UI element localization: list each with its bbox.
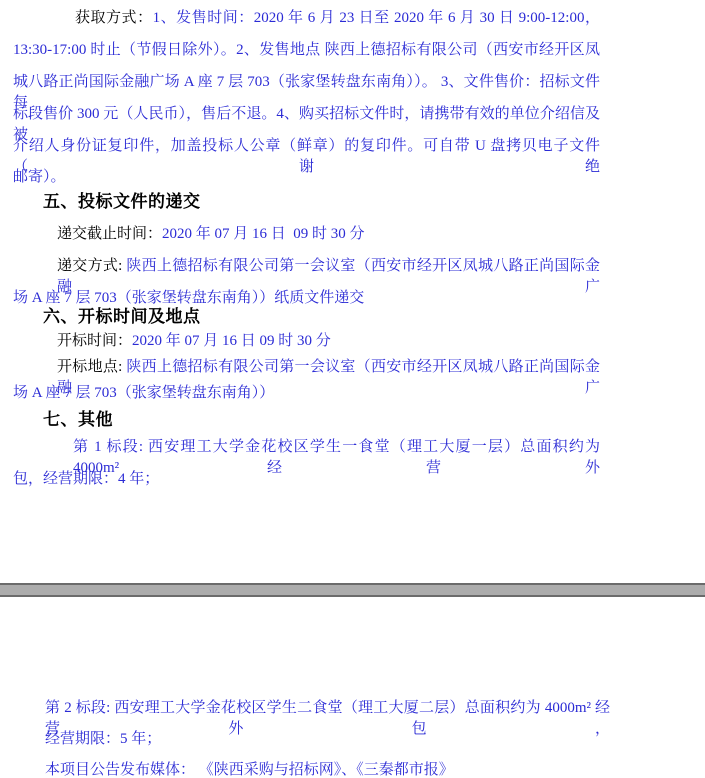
text-segment: 七、其他 [43, 410, 113, 430]
heading-section-5: 五、投标文件的递交 [43, 191, 201, 213]
lot1-line-2: 包，经营期限：4 年； [13, 469, 159, 490]
text-segment: 经营期限：5 年； [45, 731, 161, 747]
text-segment: 介绍人身份证复印件，加盖投标人公章（鲜章）的复印件。可自带 U 盘拷贝电子文件（… [13, 138, 600, 175]
text-segment: 场 A 座 7 层 703（张家堡转盘东南角）） [13, 385, 274, 401]
lot2-line-2: 经营期限：5 年； [45, 729, 161, 750]
opening-place-line-2: 场 A 座 7 层 703（张家堡转盘东南角）） [13, 383, 274, 404]
text-segment: 1、发售时间：2020 年 6 月 23 日至 2020 年 6 月 30 日 … [153, 10, 600, 26]
text-segment: 场 A 座 7 层 703（张家堡转盘东南角））纸质文件递交 [13, 290, 364, 306]
text-segment: 递交截止时间： [57, 226, 162, 242]
text-segment: 本项目公告发布媒体： 《陕西采购与招标网》、《三秦都市报》 [45, 762, 454, 778]
para-acquisition-line-5: 介绍人身份证复印件，加盖投标人公章（鲜章）的复印件。可自带 U 盘拷贝电子文件（… [13, 136, 600, 178]
announcement-media-line: 本项目公告发布媒体： 《陕西采购与招标网》、《三秦都市报》 [45, 760, 454, 778]
document-page: 获取方式：1、发售时间：2020 年 6 月 23 日至 2020 年 6 月 … [0, 0, 705, 778]
submission-deadline-line: 递交截止时间：2020 年 07 月 16 日 09 时 30 分 [57, 224, 365, 245]
text-segment: 开标地点: [57, 359, 122, 375]
para-acquisition-line-2: 13:30-17:00 时止（节假日除外）。2、发售地点 陕西上德招标有限公司（… [13, 40, 600, 61]
text-segment: 六、开标时间及地点 [43, 307, 201, 327]
text-segment: 递交方式: [57, 258, 122, 274]
opening-time-line: 开标时间：2020 年 07 月 16 日 09 时 30 分 [57, 331, 331, 352]
heading-section-6: 六、开标时间及地点 [43, 306, 201, 328]
text-segment: 2020 年 07 月 16 日 09 时 30 分 [162, 226, 365, 242]
para-acquisition-line-1: 获取方式：1、发售时间：2020 年 6 月 23 日至 2020 年 6 月 … [75, 8, 600, 29]
text-segment: 包，经营期限：4 年； [13, 471, 159, 487]
text-segment: 13:30-17:00 时止（节假日除外）。2、发售地点 陕西上德招标有限公司（… [13, 42, 600, 58]
text-segment: 开标时间： [57, 333, 132, 349]
para-acquisition-line-6: 邮寄）。 [13, 167, 66, 188]
text-segment: 获取方式： [75, 10, 153, 26]
page-break-band [0, 583, 705, 597]
text-segment: 邮寄）。 [13, 169, 66, 185]
text-segment: 五、投标文件的递交 [43, 192, 201, 212]
heading-section-7: 七、其他 [43, 409, 113, 431]
text-segment: 2020 年 07 月 16 日 09 时 30 分 [132, 333, 331, 349]
